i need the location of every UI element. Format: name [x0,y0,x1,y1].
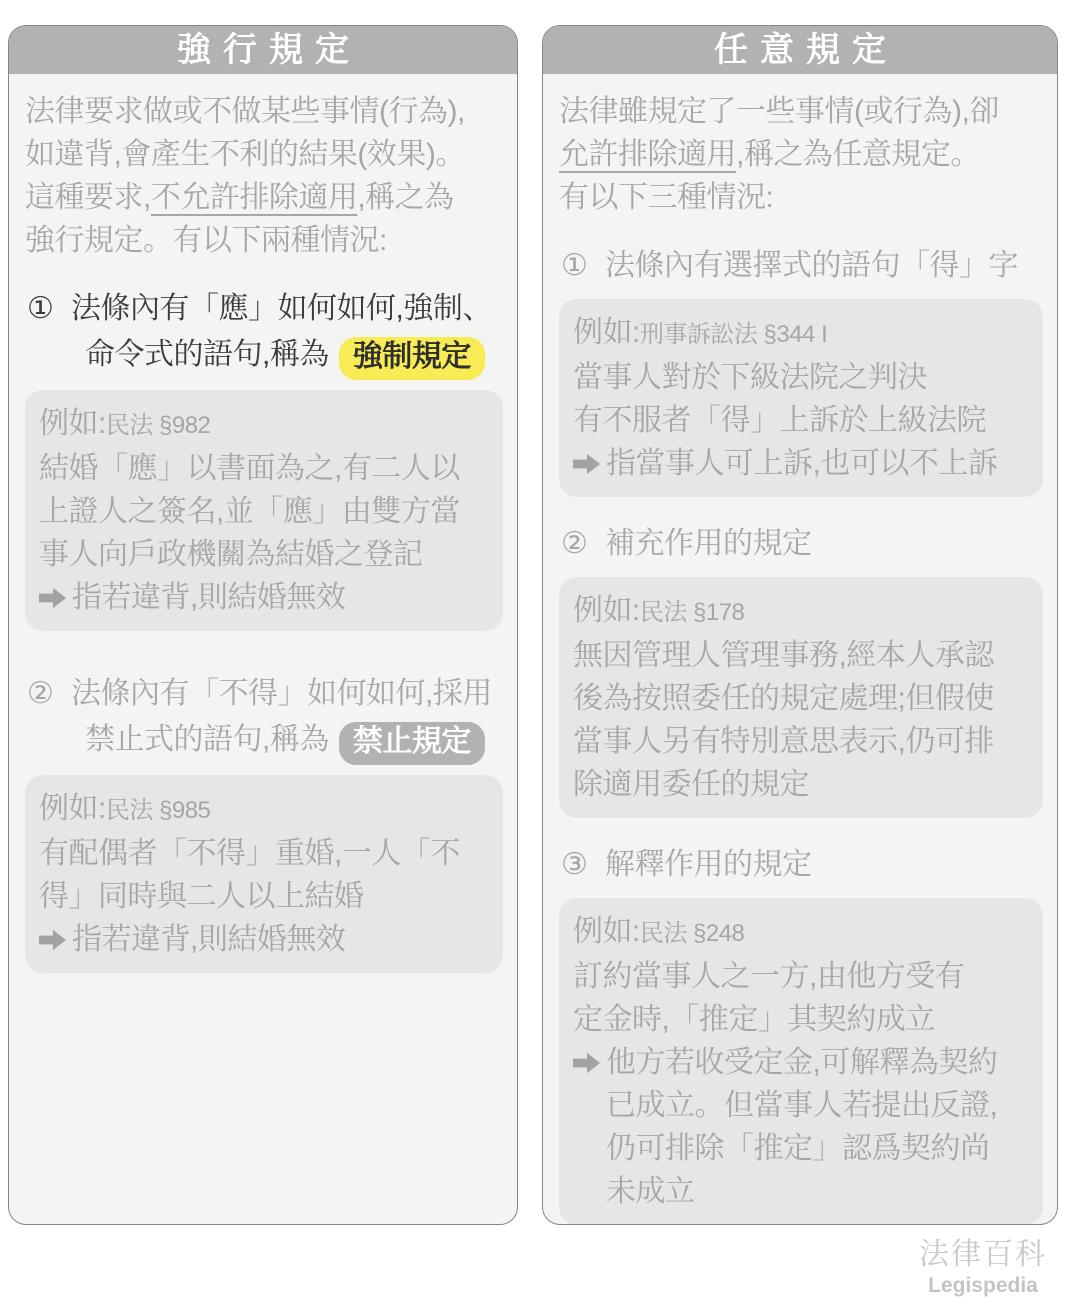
example-line: 結婚「應」以書面為之,有二人以 [39,447,489,490]
infographic-canvas: 強行規定 法律要求做或不做某些事情(行為), 如違背,會產生不利的結果(效果)。… [0,0,1065,1309]
panel-title-mandatory: 強行規定 [9,26,517,74]
intro-line: 有以下三種情況: [559,176,1043,219]
conclusion-text: 指若違背,則結婚無效 [72,576,345,619]
underlined-phrase: 允許排除適用 [559,138,736,171]
item-number: ③ [561,842,588,888]
intro-line: 如違背,會產生不利的結果(效果)。 [25,133,503,176]
intro-text: ,稱之為任意規定。 [736,138,980,171]
example-label: 例如: [573,915,640,948]
intro-discretionary: 法律雖規定了一些事情(或行為),卻 允許排除適用,稱之為任意規定。 有以下三種情… [559,90,1043,219]
panel-title-discretionary: 任意規定 [543,26,1057,74]
statute-reference: 刑事訴訟法 §344 I [640,321,827,348]
example-label-line: 例如:民法 §985 [39,787,489,832]
intro-text: ,稱之為 [357,181,453,214]
example-box-civil-248: 例如:民法 §248 訂約當事人之一方,由他方受有 定金時,「推定」其契約成立 … [559,898,1043,1225]
item-number: ② [561,521,588,567]
example-line: 有配偶者「不得」重婚,一人「不 [39,832,489,875]
brand-name-english: Legispedia [919,1274,1047,1298]
intro-mandatory: 法律要求做或不做某些事情(行為), 如違背,會產生不利的結果(效果)。 這種要求… [25,90,503,262]
item-heading-text: 命令式的語句,稱為 [85,338,329,371]
example-line: 有不服者「得」上訴於上級法院 [573,399,1029,442]
intro-line: 法律要求做或不做某些事情(行為), [25,90,503,133]
example-box-criminal-344: 例如:刑事訴訟法 §344 I 當事人對於下級法院之判決 有不服者「得」上訴於上… [559,299,1043,497]
example-line: 除適用委任的規定 [573,763,1029,806]
conclusion-text: 指若違背,則結婚無效 [72,918,345,961]
example-box-civil-985: 例如:民法 §985 有配偶者「不得」重婚,一人「不 得」同時與二人以上結婚 指… [25,775,503,973]
intro-line: 這種要求,不允許排除適用,稱之為 [25,176,503,219]
item-heading-line: 法條內有「不得」如何如何,採用 [71,671,503,717]
example-label-line: 例如:民法 §178 [573,589,1029,634]
brand-name-chinese: 法律百科 [919,1238,1047,1272]
example-line: 後為按照委任的規定處理;但假使 [573,677,1029,720]
example-line: 當事人對於下級法院之判決 [573,356,1029,399]
example-box-civil-178: 例如:民法 §178 無因管理人管理事務,經本人承認 後為按照委任的規定處理;但… [559,577,1043,818]
item-number: ② [27,671,54,717]
item-heading-line: 禁止式的語句,稱為禁止規定 [85,717,503,765]
example-line: 上證人之簽名,並「應」由雙方當 [39,490,489,533]
example-label: 例如: [573,316,640,349]
example-conclusion: 指當事人可上訴,也可以不上訴 [573,442,1029,485]
item-prohibitive-rule: ② 法條內有「不得」如何如何,採用 禁止式的語句,稱為禁止規定 [25,671,503,765]
item-heading-line: 命令式的語句,稱為強制規定 [85,332,503,380]
conclusion-line: 仍可排除「推定」認爲契約尚 [606,1127,997,1170]
panel-mandatory-provisions: 強行規定 法律要求做或不做某些事情(行為), 如違背,會產生不利的結果(效果)。… [8,25,518,1225]
item-heading-line: 解釋作用的規定 [605,842,1043,888]
item-optional-word: ① 法條內有選擇式的語句「得」字 [559,243,1043,289]
example-line: 無因管理人管理事務,經本人承認 [573,634,1029,677]
conclusion-line: 已成立。但當事人若提出反證, [606,1084,997,1127]
highlight-badge-mandatory: 強制規定 [339,337,485,380]
example-line: 訂約當事人之一方,由他方受有 [573,955,1029,998]
gray-badge-prohibitive: 禁止規定 [339,722,485,765]
right-arrow-icon [39,928,66,952]
example-line: 得」同時與二人以上結婚 [39,875,489,918]
statute-reference: 民法 §178 [640,599,745,626]
example-line: 事人向戶政機關為結婚之登記 [39,533,489,576]
example-conclusion: 指若違背,則結婚無效 [39,576,489,619]
example-label: 例如: [39,407,106,440]
item-heading-line: 法條內有「應」如何如何,強制、 [71,286,503,332]
item-mandatory-rule: ① 法條內有「應」如何如何,強制、 命令式的語句,稱為強制規定 [25,286,503,380]
item-interpretive-rule: ③ 解釋作用的規定 [559,842,1043,888]
right-arrow-icon [573,1051,600,1075]
statute-reference: 民法 §982 [106,412,211,439]
example-line: 定金時,「推定」其契約成立 [573,998,1029,1041]
item-number: ① [27,286,54,332]
conclusion-line: 未成立 [606,1170,997,1213]
item-supplementary-rule: ② 補充作用的規定 [559,521,1043,567]
intro-line: 允許排除適用,稱之為任意規定。 [559,133,1043,176]
statute-reference: 民法 §985 [106,797,211,824]
item-heading-line: 法條內有選擇式的語句「得」字 [605,243,1043,289]
intro-text: 這種要求, [25,181,151,214]
underlined-phrase: 不允許排除適用 [151,181,358,214]
item-heading-line: 補充作用的規定 [605,521,1043,567]
example-label: 例如: [573,594,640,627]
statute-reference: 民法 §248 [640,920,745,947]
conclusion-text-block: 他方若收受定金,可解釋為契約 已成立。但當事人若提出反證, 仍可排除「推定」認爲… [606,1041,997,1213]
right-arrow-icon [39,586,66,610]
example-conclusion: 指若違背,則結婚無效 [39,918,489,961]
panel-body-mandatory: 法律要求做或不做某些事情(行為), 如違背,會產生不利的結果(效果)。 這種要求… [9,74,517,973]
example-line: 當事人另有特別意思表示,仍可排 [573,720,1029,763]
example-label-line: 例如:刑事訴訟法 §344 I [573,311,1029,356]
conclusion-text: 指當事人可上訴,也可以不上訴 [606,442,997,485]
panel-discretionary-provisions: 任意規定 法律雖規定了一些事情(或行為),卻 允許排除適用,稱之為任意規定。 有… [542,25,1058,1225]
panel-body-discretionary: 法律雖規定了一些事情(或行為),卻 允許排除適用,稱之為任意規定。 有以下三種情… [543,74,1057,1225]
example-label-line: 例如:民法 §982 [39,402,489,447]
brand-watermark: 法律百科 Legispedia [919,1238,1047,1298]
example-label: 例如: [39,792,106,825]
example-conclusion: 他方若收受定金,可解釋為契約 已成立。但當事人若提出反證, 仍可排除「推定」認爲… [573,1041,1029,1213]
item-heading-text: 禁止式的語句,稱為 [85,723,329,756]
intro-line: 強行規定。有以下兩種情況: [25,219,503,262]
example-box-civil-982: 例如:民法 §982 結婚「應」以書面為之,有二人以 上證人之簽名,並「應」由雙… [25,390,503,631]
conclusion-line: 他方若收受定金,可解釋為契約 [606,1041,997,1084]
right-arrow-icon [573,452,600,476]
item-number: ① [561,243,588,289]
example-label-line: 例如:民法 §248 [573,910,1029,955]
intro-line: 法律雖規定了一些事情(或行為),卻 [559,90,1043,133]
